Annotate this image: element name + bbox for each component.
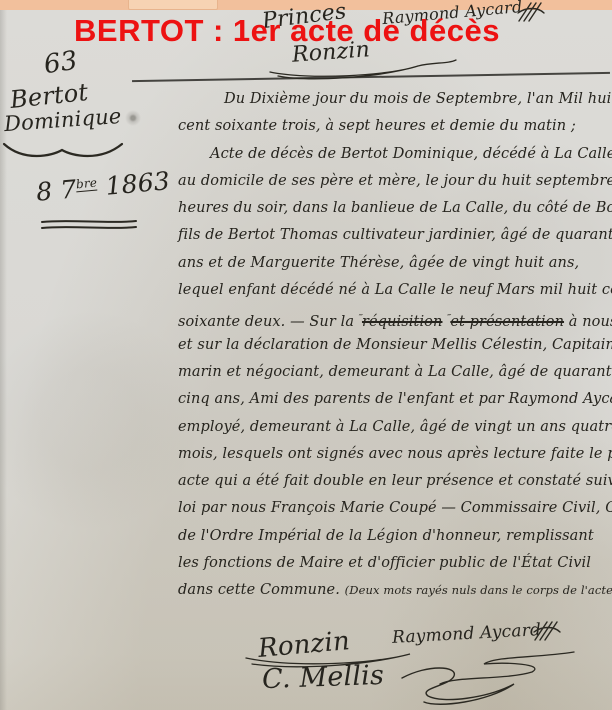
body-line: Acte de décès de Bertot Dominique, décéd… [178,141,610,168]
struck-word: réquisition [362,314,442,330]
paraph-icon [532,620,562,644]
closing-prefix: dans cette Commune. [178,582,345,598]
paraph-icon [516,1,546,25]
body-line: ans et de Marguerite Thérèse, âgée de vi… [178,250,610,277]
marginal-correction-note: (Deux mots rayés nuls dans le corps de l… [345,583,612,597]
act-number: 63 [42,46,79,80]
body-line: et sur la déclaration de Monsieur Mellis… [178,332,610,359]
body-line: lequel enfant décédé né à La Calle le ne… [178,277,610,304]
body-line: employé, demeurant à La Calle, âgé de vi… [178,414,610,441]
margin-date-day: 8 7 [35,174,78,206]
signature-flourish-icon [268,58,458,80]
header-strip-tab [128,0,218,10]
body-line: cent soixante trois, à sept heures et de… [178,113,610,140]
mellis-flourish-icon [398,660,518,706]
overlay-title: BERTOT : 1er acte de décès [74,14,500,48]
body-line: de l'Ordre Impérial de la Légion d'honne… [178,523,610,550]
act-body-text: Du Dixième jour du mois de Septembre, l'… [178,86,610,605]
brace-flourish-icon [2,138,124,164]
scanned-death-record-page: Princes Raymond Aycard Ronzin BERTOT : 1… [0,0,612,710]
margin-date-superscript: bre [75,175,97,192]
body-line: Du Dixième jour du mois de Septembre, l'… [178,86,610,113]
body-line: au domicile de ses père et mère, le jour… [178,168,610,195]
bottom-signature-c-mellis: C. Mellis [261,660,384,695]
line9-suffix: à nous faites [564,314,612,330]
body-line: marin et négociant, demeurant à La Calle… [178,359,610,386]
struck-word: et présentation [450,314,564,330]
body-line: cinq ans, Ami des parents de l'enfant et… [178,386,610,413]
double-underline-icon [40,218,138,232]
line9-prefix: soixante deux. — Sur la [178,314,359,330]
body-line-closing: dans cette Commune. (Deux mots rayés nul… [178,577,610,604]
body-line: mois, lesquels ont signés avec nous aprè… [178,441,610,468]
body-line-with-strikethrough: soixante deux. — Sur la ‴réquisition ‴et… [178,304,610,331]
body-line: fils de Bertot Thomas cultivateur jardin… [178,222,610,249]
body-line: heures du soir, dans la banlieue de La C… [178,195,610,222]
body-line: acte qui a été fait double en leur prése… [178,468,610,495]
body-line: les fonctions de Maire et d'officier pub… [178,550,610,577]
body-line: loi par nous François Marie Coupé — Comm… [178,495,610,522]
